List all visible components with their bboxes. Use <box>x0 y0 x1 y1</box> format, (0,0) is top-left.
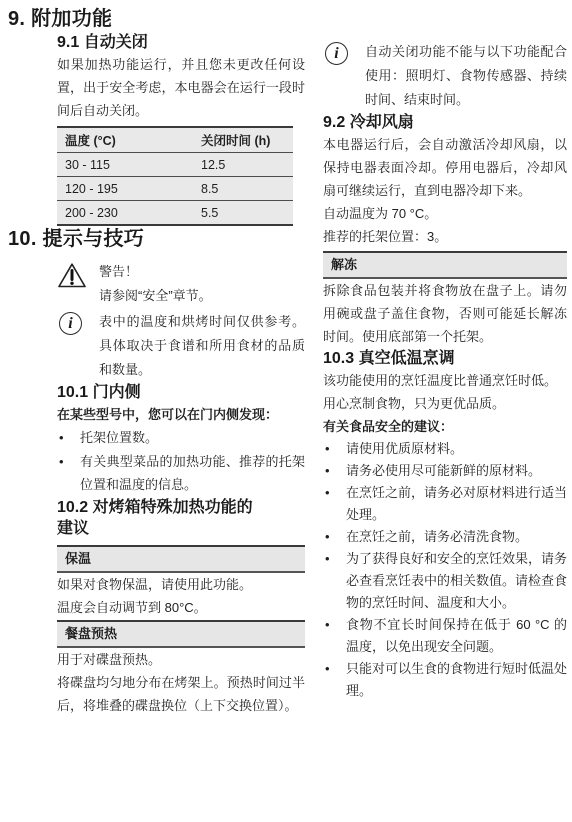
warning-text: 警告！请参阅“安全”章节。 <box>99 260 305 308</box>
sous-vide-paragraph: 该功能使用的烹饪温度比普通烹饪时低。 用心烹制食物，只为更优品质。 <box>323 369 567 415</box>
list-item: 在烹饪之前，请务必对原材料进行适当处理。 <box>323 482 567 526</box>
section-heading-hints-tips: 10. 提示与技巧 <box>8 226 305 252</box>
auto-off-paragraph: 如果加热功能运行，并且您未更改任何设置，出于安全考虑，本电器会在运行一段时间后自… <box>57 53 305 122</box>
left-column: 9. 附加功能 9.1 自动关闭 如果加热功能运行，并且您未更改任何设置，出于安… <box>8 6 305 717</box>
warning-title: 警告！ <box>99 264 138 279</box>
section-9-content: 9.1 自动关闭 如果加热功能运行，并且您未更改任何设置，出于安全考虑，本电器会… <box>57 32 305 226</box>
table-cell-temp-range: 30 - 115 <box>57 153 193 177</box>
cooling-fan-paragraph: 本电器运行后，会自动激活冷却风扇，以保持电器表面冷却。停用电器后，冷却风扇可继续… <box>323 133 567 202</box>
info-text: 自动关闭功能不能与以下功能配合使用：照明灯、食物传感器、持续时间、结束时间。 <box>365 40 567 112</box>
info-note: i 表中的温度和烘烤时间仅供参考。具体取决于食谱和所用食材的品质和数量。 <box>57 310 305 382</box>
section-10-content: 警告！请参阅“安全”章节。 i 表中的温度和烘烤时间仅供参考。具体取决于食谱和所… <box>57 260 305 717</box>
table-cell-off-time: 12.5 <box>193 153 293 177</box>
door-bullet-list: 托架位置数。 有关典型菜品的加热功能、推荐的托架位置和温度的信息。 <box>57 426 305 497</box>
right-column: i 自动关闭功能不能与以下功能配合使用：照明灯、食物传感器、持续时间、结束时间。… <box>323 0 567 702</box>
table-row: 120 - 195 8.5 <box>57 177 293 201</box>
list-item: 在烹饪之前，请务必清洗食物。 <box>323 526 567 548</box>
subsection-heading-cooling-fan: 9.2 冷却风扇 <box>323 112 567 133</box>
table-row: 200 - 230 5.5 <box>57 201 293 226</box>
list-item: 请务必使用尽可能新鲜的原材料。 <box>323 460 567 482</box>
table-header-off-time: 关闭时间 (h) <box>193 127 293 153</box>
subsection-heading-special-heating: 10.2 对烤箱特殊加热功能的 建议 <box>57 497 305 539</box>
plate-warming-continued-paragraph: 自动温度为 70 °C。 推荐的托架位置：3。 <box>323 202 567 248</box>
list-item: 请使用优质原材料。 <box>323 438 567 460</box>
keep-warm-bar: 保温 <box>57 545 305 573</box>
defrost-paragraph: 拆除食品包装并将食物放在盘子上。请勿用碗或盘子盖住食物，否则可能延长解冻时间。使… <box>323 279 567 348</box>
door-intro-paragraph: 在某些型号中，您可以在门内侧发现： <box>57 403 305 426</box>
table-cell-temp-range: 200 - 230 <box>57 201 193 226</box>
auto-off-table: 温度 (°C) 关闭时间 (h) 30 - 115 12.5 120 - 195… <box>57 126 293 226</box>
warning-icon-cell <box>57 260 99 289</box>
list-item: 食物不宜长时间保持在低于 60 °C 的温度，以免出现安全问题。 <box>323 614 567 658</box>
table-cell-off-time: 8.5 <box>193 177 293 201</box>
plate-warming-bar: 餐盘预热 <box>57 620 305 648</box>
list-item: 只能对可以生食的食物进行短时低温处理。 <box>323 658 567 702</box>
keep-warm-paragraph: 如果对食物保温，请使用此功能。 温度会自动调节到 80°C。 <box>57 573 305 619</box>
section-heading-additional-functions: 9. 附加功能 <box>8 6 305 32</box>
info-icon-cell: i <box>323 40 365 65</box>
subsection-heading-auto-off: 9.1 自动关闭 <box>57 32 305 53</box>
warning-note: 警告！请参阅“安全”章节。 <box>57 260 305 308</box>
info-icon-cell: i <box>57 310 99 335</box>
subsection-heading-door-inside: 10.1 门内侧 <box>57 382 305 403</box>
info-circle-icon: i <box>325 42 348 65</box>
list-item: 托架位置数。 <box>57 426 305 450</box>
table-header-row: 温度 (°C) 关闭时间 (h) <box>57 127 293 153</box>
food-safety-bullet-list: 请使用优质原材料。 请务必使用尽可能新鲜的原材料。 在烹饪之前，请务必对原材料进… <box>323 438 567 702</box>
table-row: 30 - 115 12.5 <box>57 153 293 177</box>
info-circle-icon: i <box>59 312 82 335</box>
list-item: 有关典型菜品的加热功能、推荐的托架位置和温度的信息。 <box>57 450 305 497</box>
info-note: i 自动关闭功能不能与以下功能配合使用：照明灯、食物传感器、持续时间、结束时间。 <box>323 40 567 112</box>
table-header-temperature: 温度 (°C) <box>57 127 193 153</box>
subsection-heading-sous-vide: 10.3 真空低温烹调 <box>323 348 567 369</box>
warning-body: 请参阅“安全”章节。 <box>99 288 212 303</box>
plate-warming-paragraph: 用于对碟盘预热。 将碟盘均匀地分布在烤架上。预热时间过半后，将堆叠的碟盘换位（上… <box>57 648 305 717</box>
table-cell-temp-range: 120 - 195 <box>57 177 193 201</box>
list-item: 为了获得良好和安全的烹饪效果，请务必查看烹饪表中的相关数值。请检查食物的烹饪时间… <box>323 548 567 614</box>
defrost-bar: 解冻 <box>323 251 567 279</box>
manual-page: 9. 附加功能 9.1 自动关闭 如果加热功能运行，并且您未更改任何设置，出于安… <box>0 0 572 822</box>
food-safety-heading: 有关食品安全的建议： <box>323 415 567 438</box>
warning-triangle-icon <box>57 262 87 289</box>
table-cell-off-time: 5.5 <box>193 201 293 226</box>
info-text: 表中的温度和烘烤时间仅供参考。具体取决于食谱和所用食材的品质和数量。 <box>99 310 305 382</box>
